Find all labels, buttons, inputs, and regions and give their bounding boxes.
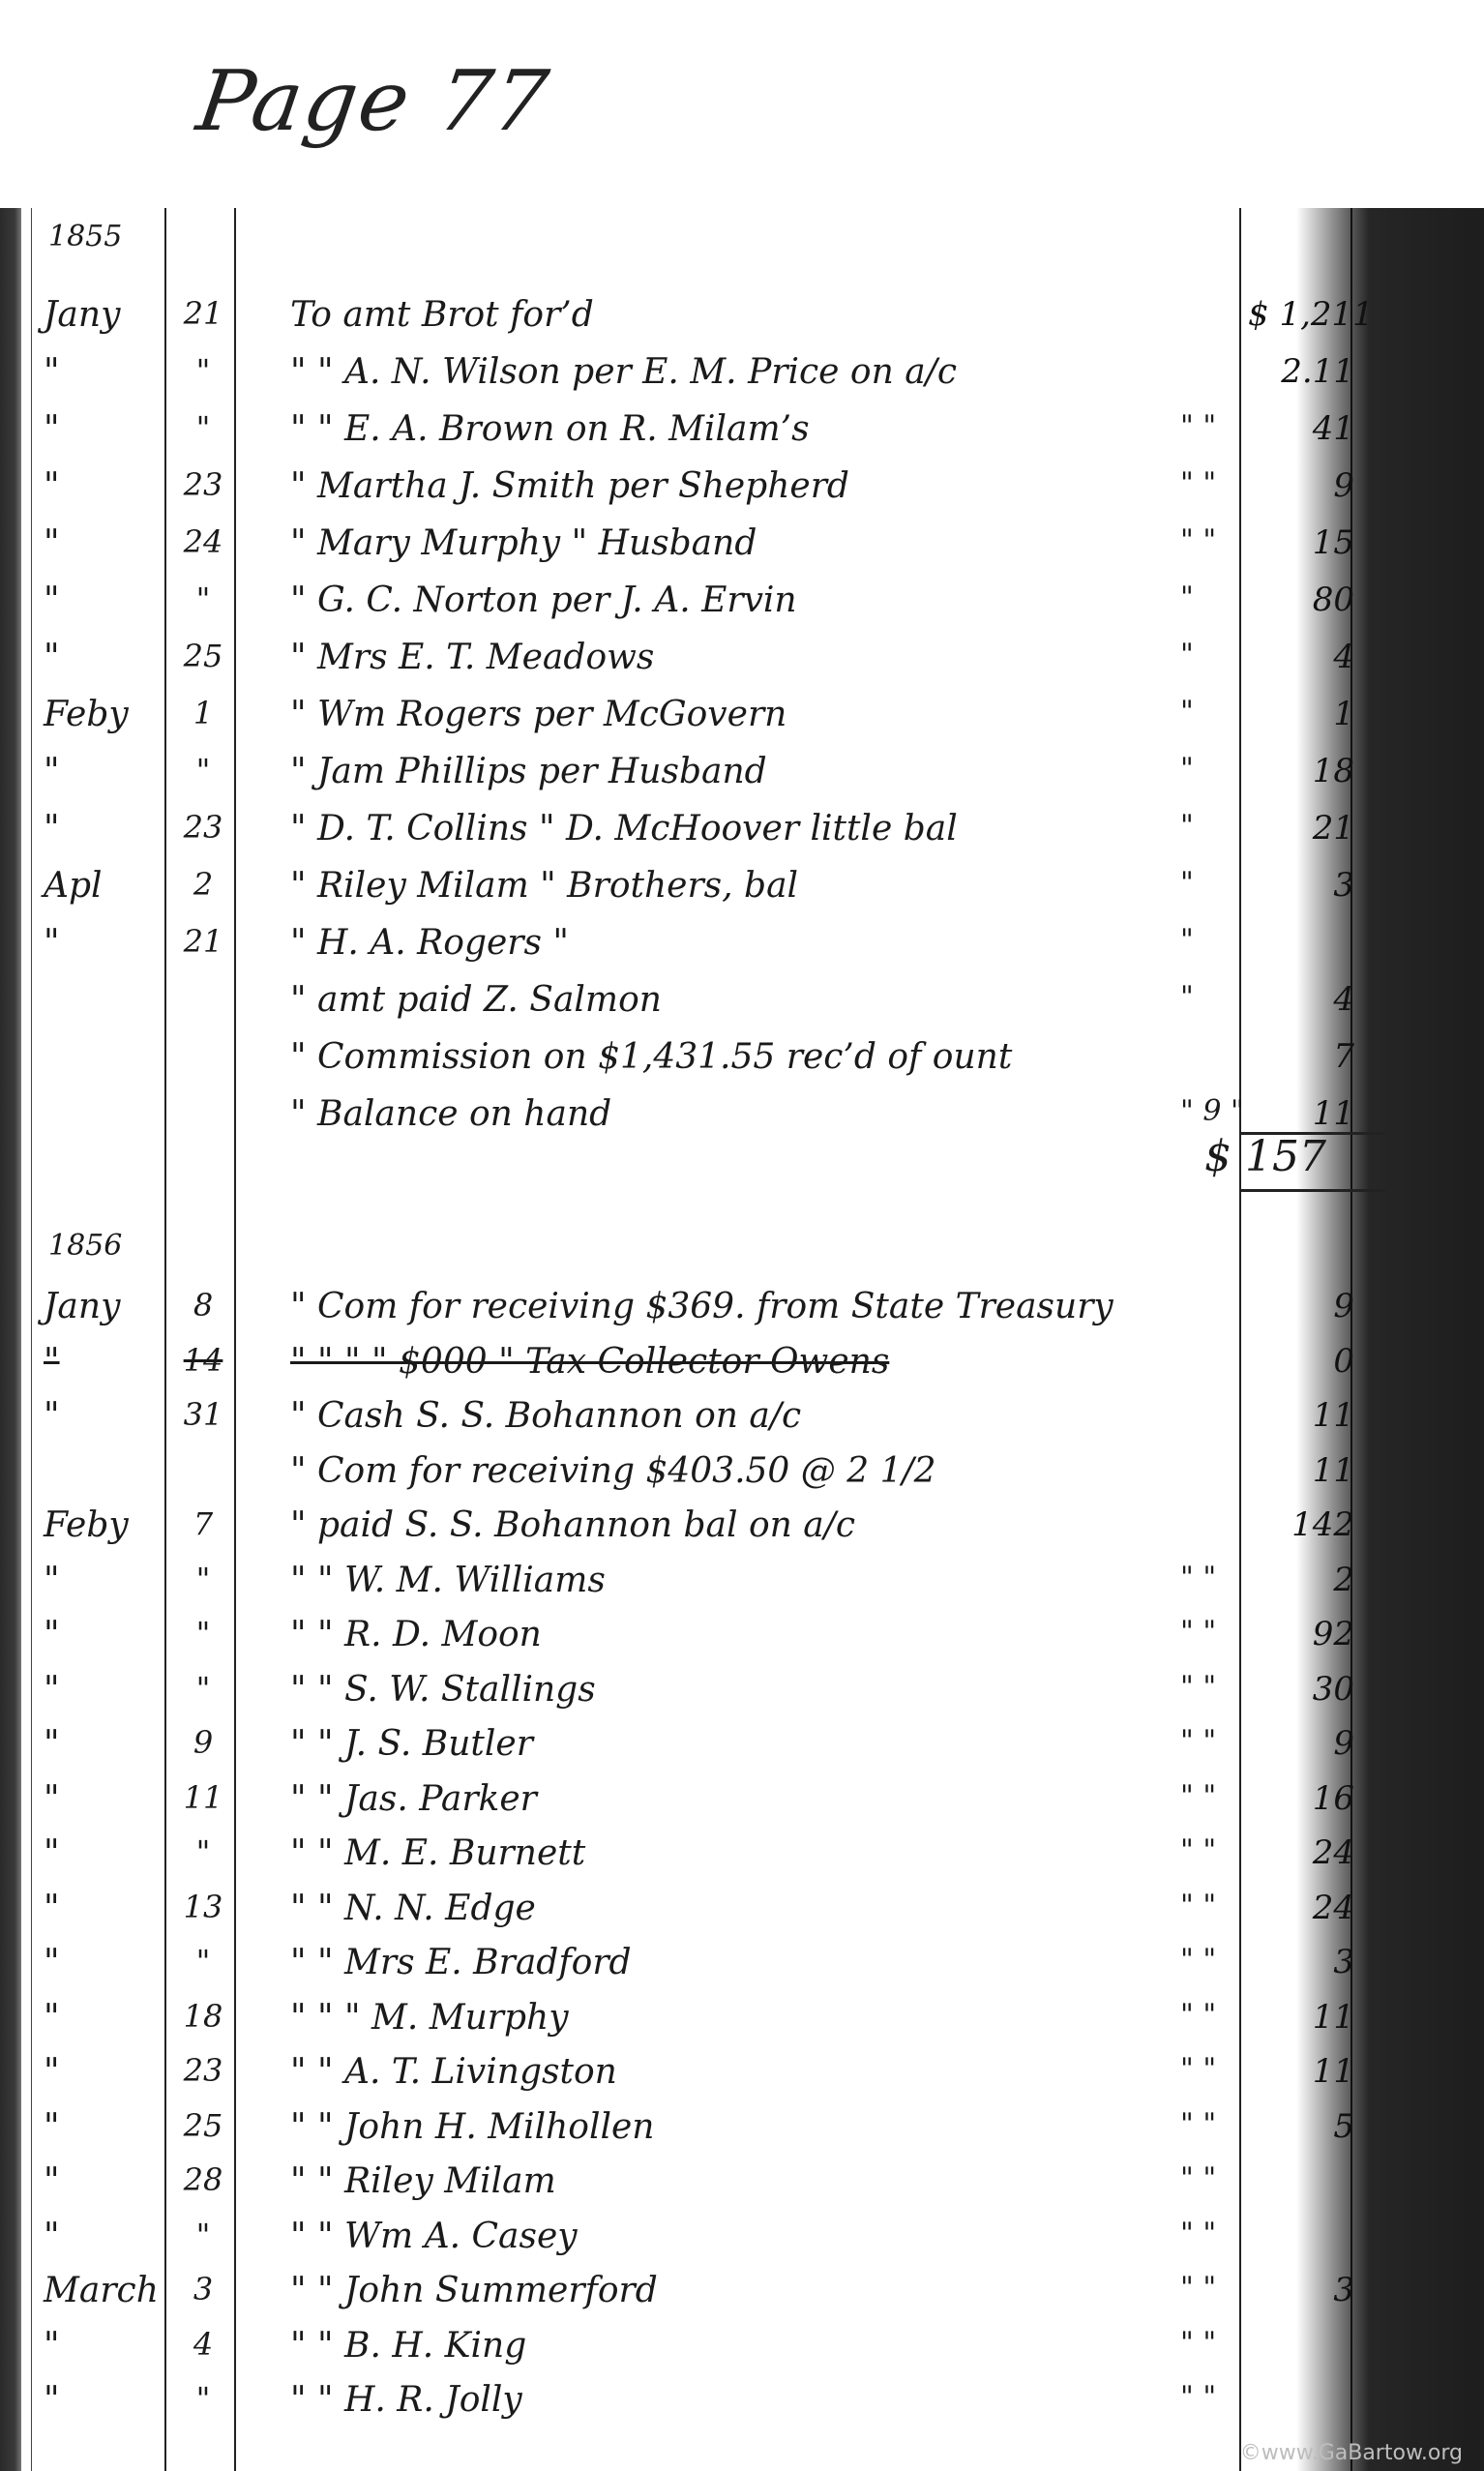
ledger-row: """ " M. E. Burnett" "24 [0, 1833, 1484, 1884]
description-cell: " " M. E. Burnett [290, 1833, 1219, 1873]
amount-cell: 4 [1248, 638, 1354, 676]
amount-cell: 9 [1248, 1287, 1354, 1325]
month-cell: " [44, 1833, 160, 1873]
day-cell: 21 [174, 295, 232, 332]
day-cell: " [174, 2380, 232, 2417]
day-cell: " [174, 1833, 232, 1870]
month-cell: " [44, 1779, 160, 1819]
day-cell: 7 [174, 1505, 232, 1542]
description-cell: " " B. H. King [290, 2326, 1219, 2366]
amount-cell: 3 [1248, 866, 1354, 905]
day-cell: 3 [174, 2271, 232, 2307]
amount-cell: 11 [1248, 1451, 1354, 1490]
ledger-row: " Commission on $1,431.55 rec’d of ount7 [0, 1037, 1484, 1087]
amount-cell: 5 [1248, 2107, 1354, 2146]
ditto-marks: " [1180, 809, 1194, 843]
description-cell: " " Jas. Parker [290, 1779, 1219, 1819]
description-cell: " Cash S. S. Bohannon on a/c [290, 1396, 1219, 1436]
amount-cell: 92 [1248, 1615, 1354, 1653]
description-cell: " H. A. Rogers " [290, 923, 1219, 963]
description-cell: " Riley Milam " Brothers, bal [290, 866, 1219, 906]
ditto-marks: " " [1180, 1779, 1216, 1813]
amount-cell: 18 [1248, 752, 1354, 790]
amount-cell: 24 [1248, 1889, 1354, 1927]
description-cell: " " S. W. Stallings [290, 1670, 1219, 1710]
month-cell: " [44, 809, 160, 848]
description-cell: " " R. D. Moon [290, 1615, 1219, 1654]
day-cell: 23 [174, 2052, 232, 2089]
ditto-marks: " " [1180, 1833, 1216, 1867]
ledger-row: Jany8" Com for receiving $369. from Stat… [0, 1287, 1484, 1337]
amount-cell: 0 [1248, 1342, 1354, 1381]
ditto-marks: " " [1180, 2326, 1216, 2360]
ditto-marks: " 9 " [1180, 1094, 1244, 1128]
amount-cell: 11 [1248, 1094, 1354, 1133]
ledger-row: "21" H. A. Rogers "" [0, 923, 1484, 973]
amount-cell: 11 [1248, 2052, 1354, 2091]
month-cell: " [44, 2107, 160, 2147]
day-cell: 25 [174, 638, 232, 674]
ditto-marks: " " [1180, 409, 1216, 443]
ledger-row: "18" " " M. Murphy" "11 [0, 1998, 1484, 2048]
year-label: 1855 [48, 220, 122, 253]
ledger-row: "4" " B. H. King" " [0, 2326, 1484, 2376]
month-cell: " [44, 2326, 160, 2366]
month-cell: " [44, 638, 160, 677]
month-cell: " [44, 1724, 160, 1764]
description-cell: " " Mrs E. Bradford [290, 1943, 1219, 1982]
description-cell: " " Riley Milam [290, 2161, 1219, 2201]
ditto-marks: " " [1180, 1670, 1216, 1704]
watermark: ©www.GaBartow.org [1240, 2441, 1463, 2465]
page-heading: Page 77 [192, 53, 555, 150]
description-cell: " " E. A. Brown on R. Milam’s [290, 409, 1219, 449]
ledger-row: Jany21To amt Brot for’d$ 1,211 [0, 295, 1484, 345]
description-cell: " Balance on hand [290, 1094, 1219, 1134]
month-cell: Jany [44, 295, 160, 335]
month-cell: " [44, 752, 160, 791]
year-label: 1856 [48, 1229, 122, 1263]
month-cell: " [44, 466, 160, 506]
amount-cell: 30 [1248, 1670, 1354, 1709]
ditto-marks: " " [1180, 2161, 1216, 2195]
ledger-row: " amt paid Z. Salmon"4 [0, 980, 1484, 1030]
ditto-marks: " " [1180, 1943, 1216, 1977]
ditto-marks: " " [1180, 1889, 1216, 1922]
description-cell: " Com for receiving $369. from State Tre… [290, 1287, 1219, 1326]
ditto-marks: " [1180, 923, 1194, 957]
description-cell: " " A. T. Livingston [290, 2052, 1219, 2092]
amount-cell: 3 [1248, 1943, 1354, 1981]
month-cell: March [44, 2271, 160, 2310]
month-cell: Jany [44, 1287, 160, 1326]
ledger-row: """ " A. N. Wilson per E. M. Price on a/… [0, 352, 1484, 402]
description-cell: " " H. R. Jolly [290, 2380, 1219, 2420]
day-cell: 2 [174, 866, 232, 903]
month-cell: " [44, 2380, 160, 2420]
description-cell: " Martha J. Smith per Shepherd [290, 466, 1219, 506]
day-cell: 24 [174, 523, 232, 560]
day-cell: 11 [174, 1779, 232, 1816]
description-cell: " D. T. Collins " D. McHoover little bal [290, 809, 1219, 848]
ledger-row: """ " Wm A. Casey" " [0, 2217, 1484, 2267]
month-cell: Apl [44, 866, 160, 906]
amount-cell: 3 [1248, 2271, 1354, 2309]
description-cell: " amt paid Z. Salmon [290, 980, 1219, 1020]
day-cell: 21 [174, 923, 232, 960]
amount-cell: 41 [1248, 409, 1354, 448]
ledger-row: Feby1" Wm Rogers per McGovern"1 [0, 695, 1484, 745]
month-cell: " [44, 1670, 160, 1710]
amount-cell: 9 [1248, 1724, 1354, 1763]
amount-cell: $ 1,211 [1248, 295, 1354, 334]
description-cell: " Com for receiving $403.50 @ 2 1/2 [290, 1451, 1219, 1491]
ledger-row: """ " S. W. Stallings" "30 [0, 1670, 1484, 1720]
section-total: $ 157 [1204, 1132, 1326, 1181]
ledger-row: "23" Martha J. Smith per Shepherd" "9 [0, 466, 1484, 517]
month-cell: " [44, 352, 160, 392]
ditto-marks: " [1180, 638, 1194, 671]
description-cell: To amt Brot for’d [290, 295, 1219, 335]
ledger-row: Apl2" Riley Milam " Brothers, bal"3 [0, 866, 1484, 916]
day-cell: " [174, 581, 232, 617]
month-cell: " [44, 1561, 160, 1600]
month-cell: " [44, 923, 160, 963]
ledger-row: """ " H. R. Jolly" " [0, 2380, 1484, 2430]
description-cell: " " " M. Murphy [290, 1998, 1219, 2038]
month-cell: " [44, 2217, 160, 2256]
amount-cell: 24 [1248, 1833, 1354, 1872]
amount-cell: 15 [1248, 523, 1354, 562]
ditto-marks: " " [1180, 2380, 1216, 2414]
month-cell: " [44, 409, 160, 449]
description-cell: " paid S. S. Bohannon bal on a/c [290, 1505, 1219, 1545]
description-cell: " Wm Rogers per McGovern [290, 695, 1219, 734]
day-cell: 31 [174, 1396, 232, 1433]
day-cell: " [174, 1943, 232, 1980]
day-cell: " [174, 2217, 232, 2253]
amount-cell: 1 [1248, 695, 1354, 733]
description-cell: " " W. M. Williams [290, 1561, 1219, 1600]
day-cell: 13 [174, 1889, 232, 1925]
description-cell: " Mary Murphy " Husband [290, 523, 1219, 563]
month-cell: " [44, 1396, 160, 1436]
day-cell: " [174, 1615, 232, 1652]
description-cell: " " A. N. Wilson per E. M. Price on a/c [290, 352, 1219, 392]
day-cell: 18 [174, 1998, 232, 2035]
month-cell: " [44, 1943, 160, 1982]
ditto-marks: " " [1180, 523, 1216, 557]
ledger-row: "9" " J. S. Butler" "9 [0, 1724, 1484, 1774]
month-cell: " [44, 2052, 160, 2092]
day-cell: 1 [174, 695, 232, 731]
description-cell: " Commission on $1,431.55 rec’d of ount [290, 1037, 1219, 1077]
description-cell: " Mrs E. T. Meadows [290, 638, 1219, 677]
day-cell: " [174, 1670, 232, 1707]
day-cell: " [174, 409, 232, 446]
amount-cell: 11 [1248, 1396, 1354, 1435]
day-cell: 4 [174, 2326, 232, 2363]
ledger-row: "28" " Riley Milam" " [0, 2161, 1484, 2212]
amount-cell: 4 [1248, 980, 1354, 1019]
description-cell: " " N. N. Edge [290, 1889, 1219, 1928]
ledger-row: "25" " John H. Milhollen" "5 [0, 2107, 1484, 2158]
ledger-row: "31" Cash S. S. Bohannon on a/c11 [0, 1396, 1484, 1446]
ditto-marks: " " [1180, 1561, 1216, 1594]
month-cell: " [44, 1889, 160, 1928]
description-cell: " " Wm A. Casey [290, 2217, 1219, 2256]
ditto-marks: " " [1180, 2217, 1216, 2250]
ditto-marks: " [1180, 581, 1194, 614]
description-cell: " " J. S. Butler [290, 1724, 1219, 1764]
ledger-row: " Com for receiving $403.50 @ 2 1/211 [0, 1451, 1484, 1502]
day-cell: 8 [174, 1287, 232, 1324]
ledger-row: March3" " John Summerford" "3 [0, 2271, 1484, 2321]
day-cell: 28 [174, 2161, 232, 2198]
ditto-marks: " [1180, 980, 1194, 1014]
ledger-row: Feby7" paid S. S. Bohannon bal on a/c142 [0, 1505, 1484, 1556]
ledger-row: "11" " Jas. Parker" "16 [0, 1779, 1484, 1830]
amount-cell: 11 [1248, 1998, 1354, 2037]
ditto-marks: " " [1180, 2052, 1216, 2086]
day-cell: " [174, 752, 232, 789]
ditto-marks: " " [1180, 1998, 1216, 2032]
day-cell: 25 [174, 2107, 232, 2144]
ledger-row: """ " Mrs E. Bradford" "3 [0, 1943, 1484, 1993]
ledger-row: "23" " A. T. Livingston" "11 [0, 2052, 1484, 2102]
amount-cell: 2.11 [1248, 352, 1354, 391]
ledger-page: 1855 Jany21To amt Brot for’d$ 1,211""" "… [0, 208, 1484, 2471]
day-cell: " [174, 1561, 232, 1597]
ditto-marks: " " [1180, 2107, 1216, 2141]
month-cell: " [44, 1615, 160, 1654]
month-cell: " [44, 581, 160, 620]
description-cell: " Jam Phillips per Husband [290, 752, 1219, 791]
description-cell: " " " " $000 " Tax Collector Owens [290, 1342, 1219, 1382]
month-cell: " [44, 2161, 160, 2201]
day-cell: " [174, 352, 232, 389]
month-cell: Feby [44, 1505, 160, 1545]
day-cell: 23 [174, 466, 232, 503]
amount-cell: 2 [1248, 1561, 1354, 1599]
ledger-row: """ Jam Phillips per Husband"18 [0, 752, 1484, 802]
ledger-row: """ G. C. Norton per J. A. Ervin"80 [0, 581, 1484, 631]
month-cell: " [44, 1998, 160, 2038]
day-cell: 9 [174, 1724, 232, 1761]
description-cell: " " John Summerford [290, 2271, 1219, 2310]
ledger-row: "23" D. T. Collins " D. McHoover little … [0, 809, 1484, 859]
ditto-marks: " [1180, 752, 1194, 786]
ditto-marks: " " [1180, 466, 1216, 500]
amount-cell: 9 [1248, 466, 1354, 505]
ledger-row: "13" " N. N. Edge" "24 [0, 1889, 1484, 1939]
amount-cell: 7 [1248, 1037, 1354, 1076]
description-cell: " " John H. Milhollen [290, 2107, 1219, 2147]
ledger-row: """ " E. A. Brown on R. Milam’s" "41 [0, 409, 1484, 460]
amount-cell: 16 [1248, 1779, 1354, 1818]
amount-cell: 21 [1248, 809, 1354, 848]
ledger-row: """ " W. M. Williams" "2 [0, 1561, 1484, 1611]
ditto-marks: " " [1180, 1615, 1216, 1649]
ledger-row: "25" Mrs E. T. Meadows"4 [0, 638, 1484, 688]
day-cell: 23 [174, 809, 232, 846]
ledger-row: "14" " " " $000 " Tax Collector Owens0 [0, 1342, 1484, 1392]
amount-cell: 80 [1248, 581, 1354, 619]
amount-cell: 142 [1248, 1505, 1354, 1544]
ditto-marks: " [1180, 695, 1194, 729]
ledger-row: "24" Mary Murphy " Husband" "15 [0, 523, 1484, 574]
description-cell: " G. C. Norton per J. A. Ervin [290, 581, 1219, 620]
ditto-marks: " " [1180, 2271, 1216, 2305]
month-cell: Feby [44, 695, 160, 734]
month-cell: " [44, 1342, 160, 1382]
day-cell: 14 [174, 1342, 232, 1379]
ditto-marks: " " [1180, 1724, 1216, 1758]
ditto-marks: " [1180, 866, 1194, 900]
ledger-row: """ " R. D. Moon" "92 [0, 1615, 1484, 1665]
month-cell: " [44, 523, 160, 563]
